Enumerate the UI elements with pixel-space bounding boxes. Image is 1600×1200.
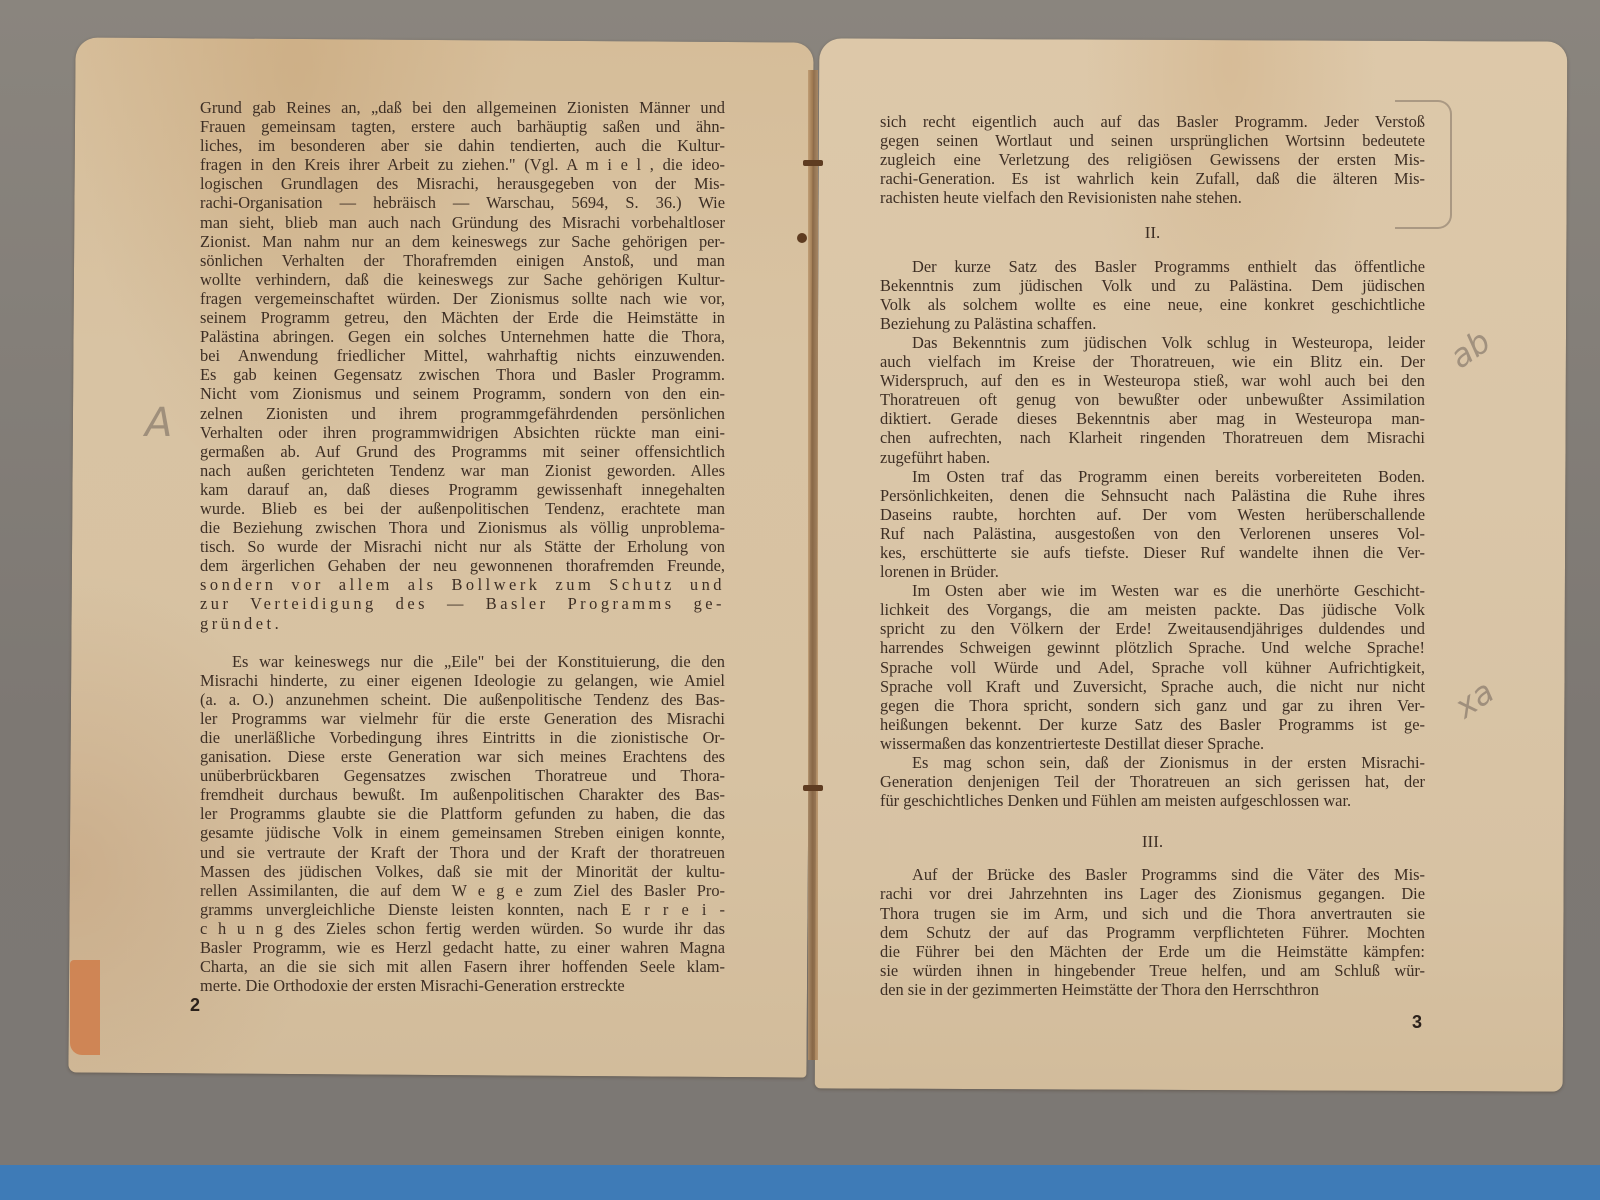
text-line: germaßen ab. Auf Grund des Programms mit… — [200, 442, 725, 461]
text-line: heißungen bekennt. Der kurze Satz des Ba… — [880, 715, 1425, 734]
text-line: gegen die Thora spricht, sondern sich ga… — [880, 696, 1425, 715]
text-line: dem Schutz der auf das Programm verpflic… — [880, 923, 1425, 942]
text-line: wollte verhindern, daß die keineswegs zu… — [200, 270, 725, 289]
text-line: Verhalten oder ihren programmwidrigen Ab… — [200, 423, 725, 442]
text-line: Ruf nach Palästina, ausgestoßen von den … — [880, 524, 1425, 543]
text-line: Volk als solchem wollte es eine neue, ei… — [880, 295, 1425, 314]
paragraph: Der kurze Satz des Basler Programms enth… — [880, 257, 1425, 333]
text-line: rachi vor drei Jahrzehnten ins Lager des… — [880, 884, 1425, 903]
paragraph: Auf der Brücke des Basler Programms sind… — [880, 865, 1425, 999]
text-line: Palästina abringen. Gegen ein solches Un… — [200, 327, 725, 346]
text-line: Generation denjenigen Teil der Thoratreu… — [880, 772, 1425, 791]
section-heading: II. — [880, 223, 1425, 242]
text-line: Thora trugen sie im Arm, und sich und di… — [880, 904, 1425, 923]
text-line: für geschichtliches Denken und Fühlen am… — [880, 791, 1425, 810]
text-line: fremdheit durchaus bewußt. Im außenpolit… — [200, 785, 725, 804]
text-line: Das Bekenntnis zum jüdischen Volk schlug… — [880, 333, 1425, 352]
text-line: zur Verteidigung des — Basler Programms … — [200, 594, 725, 613]
text-line: Grund gab Reines an, „daß bei den allgem… — [200, 98, 725, 117]
paragraph: Im Osten traf das Programm einen bereits… — [880, 467, 1425, 582]
booklet-spine — [808, 70, 818, 1060]
text-line: wissermaßen das konzentrierteste Destill… — [880, 734, 1425, 753]
text-line: rachisten heute vielfach den Revisionist… — [880, 188, 1425, 207]
text-line: auch vielfach im Kreise der Thoratreuen,… — [880, 352, 1425, 371]
staple-mark-top — [803, 160, 823, 166]
paragraph: Grund gab Reines an, „daß bei den allgem… — [200, 98, 725, 633]
paragraph: sich recht eigentlich auch auf das Basle… — [880, 112, 1425, 207]
text-line: Im Osten aber wie im Westen war es die u… — [880, 581, 1425, 600]
text-line: Nicht vom Zionismus und seinem Programm,… — [200, 384, 725, 403]
text-line: Es mag schon sein, daß der Zionismus in … — [880, 753, 1425, 772]
text-line: gesamte jüdische Volk in einem gemeinsam… — [200, 823, 725, 842]
text-line: Basler Programm, wie es Herzl gedacht ha… — [200, 938, 725, 957]
text-line: und sie vertraute der Kraft der Thora un… — [200, 843, 725, 862]
text-line: liches, im besonderen aber sie dahin ten… — [200, 136, 725, 155]
text-line: die Beziehung zwischen Thora und Zionism… — [200, 518, 725, 537]
text-line: Frauen gemeinsam tagten, erstere auch ba… — [200, 117, 725, 136]
page-number-left: 2 — [190, 995, 200, 1016]
paragraph-gap — [200, 633, 725, 652]
text-line: sönlichen Verhalten der Thorafremden ein… — [200, 251, 725, 270]
text-line: lorenen in Brüder. — [880, 562, 1425, 581]
text-line: fragen in den Kreis ihrer Arbeit zu zieh… — [200, 155, 725, 174]
paragraph-gap — [880, 207, 1425, 223]
text-line: Zionist. Man nahm nur an dem keineswegs … — [200, 232, 725, 251]
right-page-text: sich recht eigentlich auch auf das Basle… — [880, 112, 1425, 999]
text-line: Thoratreuen oft genug von bewußter oder … — [880, 390, 1425, 409]
staple-hole — [797, 233, 807, 243]
text-line: Der kurze Satz des Basler Programms enth… — [880, 257, 1425, 276]
left-page-text: Grund gab Reines an, „daß bei den allgem… — [200, 98, 725, 995]
page-number-right: 3 — [1412, 1012, 1422, 1033]
text-line: Es gab keinen Gegensatz zwischen Thora u… — [200, 365, 725, 384]
text-line: Bekenntnis zum jüdischen Volk und zu Pal… — [880, 276, 1425, 295]
text-line: seinem Programm getreu, den Mächten der … — [200, 308, 725, 327]
text-line: logischen Grundlagen des Misrachi, herau… — [200, 174, 725, 193]
text-line: unüberbrückbaren Gegensatzes zwischen Th… — [200, 766, 725, 785]
text-line: sich recht eigentlich auch auf das Basle… — [880, 112, 1425, 131]
text-line: Sprache voll Würde und Adel, Sprache vol… — [880, 658, 1425, 677]
text-line: Misrachi hinderte, zu einer eigenen Ideo… — [200, 671, 725, 690]
text-line: Es war keineswegs nur die „Eile" bei der… — [200, 652, 725, 671]
text-line: Beziehung zu Palästina schaffen. — [880, 314, 1425, 333]
paragraph-gap — [880, 851, 1425, 865]
text-line: Im Osten traf das Programm einen bereits… — [880, 467, 1425, 486]
text-line: gegen seinen Wortlaut und seinen ursprün… — [880, 131, 1425, 150]
text-line: zelnen Zionisten und ihrem programmgefäh… — [200, 404, 725, 423]
text-line: spricht zu den Völkern der Erde! Zweitau… — [880, 619, 1425, 638]
paragraph: Im Osten aber wie im Westen war es die u… — [880, 581, 1425, 753]
text-line: Widerspruch, auf den es in Westeuropa st… — [880, 371, 1425, 390]
text-line: rellen Assimilanten, die auf dem W e g e… — [200, 881, 725, 900]
text-line: diktiert. Gerade dieses Bekenntnis aber … — [880, 409, 1425, 428]
text-line: dem ärgerlichen Gehaben der neu gewonnen… — [200, 556, 725, 575]
pencil-mark-left: A — [145, 400, 172, 446]
text-line: kam darauf an, daß dieses Programm gewis… — [200, 480, 725, 499]
text-line: Sprache voll Kraft und Zuversicht, Sprac… — [880, 677, 1425, 696]
text-line: tisch. So wurde der Misrachi nicht nur a… — [200, 537, 725, 556]
text-line: ganisation. Diese erste Generation war s… — [200, 747, 725, 766]
text-line: fragen vergemeinschaftet würden. Der Zio… — [200, 289, 725, 308]
text-line: sie würden ihnen in hingebender Treue he… — [880, 961, 1425, 980]
section-heading: III. — [880, 832, 1425, 851]
text-line: wurde. Blieb es bei der außenpolitischen… — [200, 499, 725, 518]
text-line: sondern vor allem als Bollwerk zum Schut… — [200, 575, 725, 594]
text-line: nach außen gerichteten Tendenz war man Z… — [200, 461, 725, 480]
text-line: rachi-Organisation — hebräisch — Warscha… — [200, 193, 725, 212]
text-line: Charta, an die sie sich mit allen Fasern… — [200, 957, 725, 976]
text-line: ler Programms glaubte sie die Plattform … — [200, 804, 725, 823]
text-line: (a. a. O.) anzunehmen scheint. Die außen… — [200, 690, 725, 709]
text-line: rachi-Generation. Es ist wahrlich kein Z… — [880, 169, 1425, 188]
text-line: zugleich eine Verletzung des religiösen … — [880, 150, 1425, 169]
text-line: Auf der Brücke des Basler Programms sind… — [880, 865, 1425, 884]
text-line: man sieht, blieb man auch nach Gründung … — [200, 213, 725, 232]
text-line: bei Anwendung friedlicher Mittel, wahrha… — [200, 346, 725, 365]
blue-background-strip — [0, 1165, 1600, 1200]
text-line: merte. Die Orthodoxie der ersten Misrach… — [200, 976, 725, 995]
text-line: ler Programms war vielmehr für die erste… — [200, 709, 725, 728]
text-line: den sie in der gezimmerten Heimstätte de… — [880, 980, 1425, 999]
paragraph: Das Bekenntnis zum jüdischen Volk schlug… — [880, 333, 1425, 467]
text-line: harrendes Schweigen gewinnt plötzlich Sp… — [880, 638, 1425, 657]
text-line: gründet. — [200, 614, 725, 633]
torn-corner — [70, 960, 100, 1055]
text-line: die Führer bei den Mächten der Erde um d… — [880, 942, 1425, 961]
paragraph-gap — [880, 243, 1425, 257]
text-line: kes, erschütterte sie aufs tiefste. Dies… — [880, 543, 1425, 562]
paragraph-gap — [880, 810, 1425, 832]
text-line: Daseins raubte, horchten auf. Der vom We… — [880, 505, 1425, 524]
paragraph: Es war keineswegs nur die „Eile" bei der… — [200, 652, 725, 996]
text-line: c h u n g des Zieles schon fertig werden… — [200, 919, 725, 938]
text-line: die unerläßliche Vorbedingung ihres Eint… — [200, 728, 725, 747]
text-line: gramms unvergleichliche Dienste leisten … — [200, 900, 725, 919]
text-line: lichkeit des Vorgangs, die am meisten pa… — [880, 600, 1425, 619]
text-line: Massen des jüdischen Volkes, daß sie mit… — [200, 862, 725, 881]
text-line: zugeführt haben. — [880, 448, 1425, 467]
text-line: Persönlichkeiten, denen die Sehnsucht na… — [880, 486, 1425, 505]
paragraph: Es mag schon sein, daß der Zionismus in … — [880, 753, 1425, 810]
staple-mark-bottom — [803, 785, 823, 791]
text-line: chen aufrechten, nach Klarheit ringenden… — [880, 428, 1425, 447]
